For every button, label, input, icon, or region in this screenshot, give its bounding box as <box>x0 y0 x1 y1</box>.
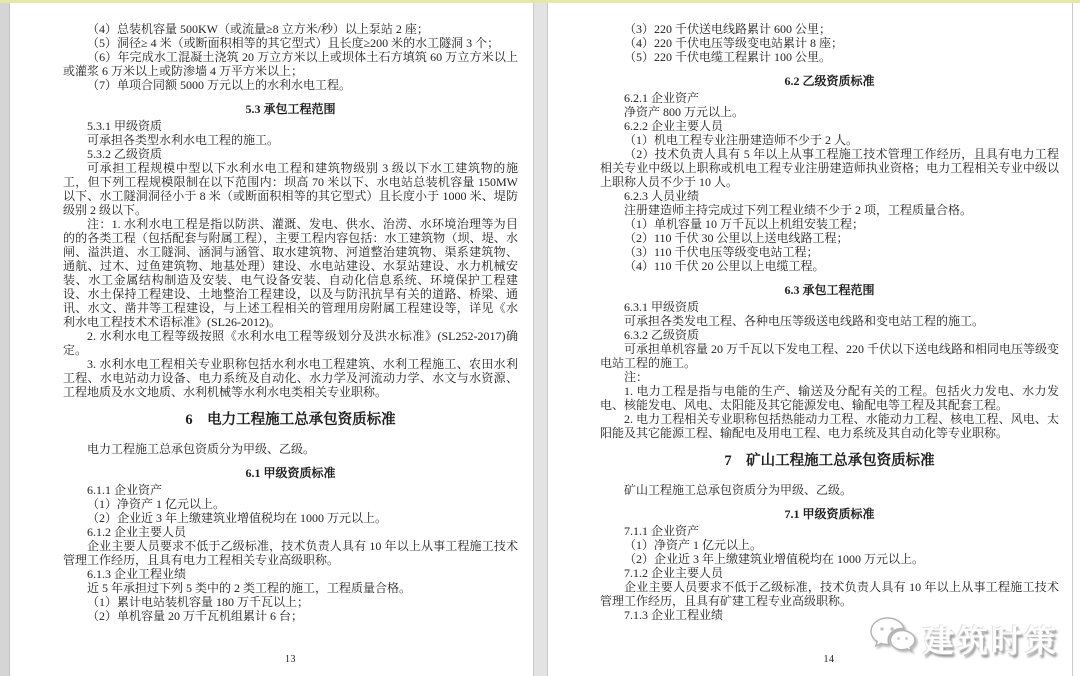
document-viewport[interactable]: （4）总装机容量 500KW（或流量≥8 立方米/秒）以上泵站 2 座；（5）洞… <box>0 0 1080 676</box>
paragraph: 可承担工程规模中型以下水利水电工程和建筑物级别 3 级以下水工建筑物的施工，但下… <box>63 161 518 217</box>
paragraph: 5.3.1 甲级资质 <box>63 119 518 133</box>
document-page-13: （4）总装机容量 500KW（或流量≥8 立方米/秒）以上泵站 2 座；（5）洞… <box>11 3 533 676</box>
paragraph: 6.2.1 企业资产 <box>600 91 1059 105</box>
paragraph: 6.3.1 甲级资质 <box>600 300 1059 314</box>
section-heading: 6.3 承包工程范围 <box>600 283 1059 297</box>
paragraph: （4）总装机容量 500KW（或流量≥8 立方米/秒）以上泵站 2 座； <box>63 22 518 36</box>
section-heading: 7.1 甲级资质标准 <box>600 507 1059 521</box>
paragraph: 1. 电力工程是指与电能的生产、输送及分配有关的工程。包括火力发电、水力发电、核… <box>600 384 1059 412</box>
paragraph: 净资产 800 万元以上。 <box>600 105 1059 119</box>
paragraph: 6.1.1 企业资产 <box>63 483 518 497</box>
paragraph: 矿山工程施工总承包资质分为甲级、乙级。 <box>600 483 1059 497</box>
paragraph: （2）单机容量 20 万千瓦机组累计 6 台； <box>63 609 518 623</box>
page-number: 13 <box>63 653 518 667</box>
document-page-14: （3）220 千伏送电线路累计 600 公里；（4）220 千伏电压等级变电站累… <box>549 3 1072 676</box>
paragraph: （4）220 千伏电压等级变电站累计 8 座； <box>600 36 1059 50</box>
paragraph: 2. 水利水电工程等级按照《水利水电工程等级划分及洪水标准》(SL252-201… <box>63 329 518 357</box>
paragraph: （2）技术负责人具有 5 年以上从事工程施工技术管理工作经历，且具有电力工程相关… <box>600 147 1059 189</box>
section-heading: 5.3 承包工程范围 <box>63 102 518 116</box>
section-heading: 6.2 乙级资质标准 <box>600 74 1059 88</box>
paragraph: （5）220 千伏电缆工程累计 100 公里。 <box>600 50 1059 64</box>
paragraph: （1）净资产 1 亿元以上。 <box>63 497 518 511</box>
paragraph: 6.2.2 企业主要人员 <box>600 119 1059 133</box>
paragraph: （2）企业近 3 年上缴建筑业增值税均在 1000 万元以上。 <box>63 511 518 525</box>
paragraph: 7.1.1 企业资产 <box>600 524 1059 538</box>
chapter-heading: 6 电力工程施工总承包资质标准 <box>63 411 518 430</box>
paragraph: 可承担单机容量 20 万千瓦以下发电工程、220 千伏以下送电线路和相同电压等级… <box>600 342 1059 370</box>
paragraph: 近 5 年承担过下列 5 类中的 2 类工程的施工，工程质量合格。 <box>63 581 518 595</box>
paragraph: 注册建造师主持完成过下列工程业绩不少于 2 项，工程质量合格。 <box>600 203 1059 217</box>
paragraph: （2）110 千伏 30 公里以上送电线路工程； <box>600 231 1059 245</box>
paragraph: （7）单项合同额 5000 万元以上的水利水电工程。 <box>63 78 518 92</box>
paragraph: 3. 水利水电工程相关专业职称包括水利水电工程建筑、水利工程施工、农田水利工程、… <box>63 357 518 399</box>
paragraph: 可承担各类发电工程、各种电压等级送电线路和变电站工程的施工。 <box>600 314 1059 328</box>
paragraph: （1）单机容量 10 万千瓦以上机组安装工程； <box>600 217 1059 231</box>
paragraph: （3）220 千伏送电线路累计 600 公里； <box>600 22 1059 36</box>
paragraph: 6.3.2 乙级资质 <box>600 328 1059 342</box>
paragraph: 可承担各类型水利水电工程的施工。 <box>63 133 518 147</box>
paragraph: 7.1.2 企业主要人员 <box>600 566 1059 580</box>
paragraph: 注： <box>600 370 1059 384</box>
paragraph: （1）净资产 1 亿元以上。 <box>600 538 1059 552</box>
left-margin-strip <box>0 3 10 676</box>
section-heading: 6.1 甲级资质标准 <box>63 466 518 480</box>
paragraph: 6.1.3 企业工程业绩 <box>63 567 518 581</box>
paragraph: 5.3.2 乙级资质 <box>63 147 518 161</box>
paragraph: 7.1.3 企业工程业绩 <box>600 608 1059 622</box>
chapter-heading: 7 矿山工程施工总承包资质标准 <box>600 452 1059 471</box>
paragraph: 企业主要人员要求不低于乙级标准，技术负责人具有 10 年以上从事工程施工技术管理… <box>63 539 518 567</box>
page-number: 14 <box>601 653 1057 667</box>
paragraph: （4）110 千伏 20 公里以上电缆工程。 <box>600 259 1059 273</box>
paragraph: 6.2.3 人员业绩 <box>600 189 1059 203</box>
paragraph: （2）企业近 3 年上缴建筑业增值税均在 1000 万元以上。 <box>600 552 1059 566</box>
right-page-edge <box>1072 3 1073 676</box>
paragraph: 电力工程施工总承包资质分为甲级、乙级。 <box>63 442 518 456</box>
paragraph: 企业主要人员要求不低于乙级标准，技术负责人具有 10 年以上从事工程施工技术管理… <box>600 580 1059 608</box>
paragraph: 2. 电力工程相关专业职称包括热能动力工程、水能动力工程、核电工程、风电、太阳能… <box>600 412 1059 440</box>
paragraph: （5）洞径≥ 4 米（或断面积相等的其它型式）且长度≥200 米的水工隧洞 3 … <box>63 36 518 50</box>
paragraph: （6）年完成水工混凝土浇筑 20 万立方米以上或坝体土石方填筑 60 万立方米以… <box>63 50 518 78</box>
paragraph: 6.1.2 企业主要人员 <box>63 525 518 539</box>
paragraph: 注：1. 水利水电工程是指以防洪、灌溉、发电、供水、治涝、水环境治理等为目的的各… <box>63 217 518 329</box>
paragraph: （1）累计电站装机容量 180 万千瓦以上； <box>63 595 518 609</box>
paragraph: （3）110 千伏电压等级变电站工程； <box>600 245 1059 259</box>
page-gutter <box>533 3 548 676</box>
paragraph: （1）机电工程专业注册建造师不少于 2 人。 <box>600 133 1059 147</box>
